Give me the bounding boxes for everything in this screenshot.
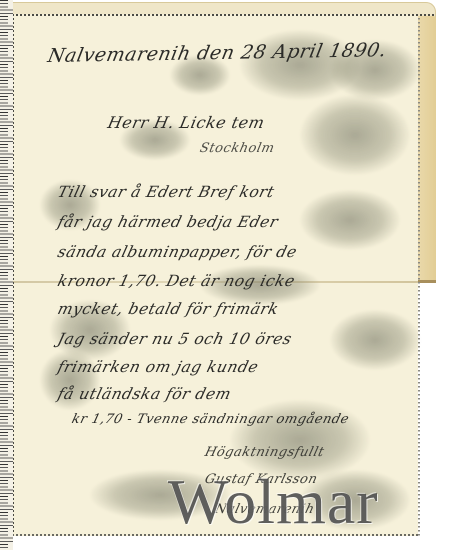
perforation-top — [12, 14, 436, 16]
water-stain — [300, 190, 400, 250]
perforation-right — [418, 18, 420, 538]
letter-addressee-city: Stockholm — [198, 141, 276, 156]
water-stain — [300, 95, 410, 175]
letter-body-line: få utländska för dem — [56, 385, 233, 403]
letter-closing: Högaktningsfullt — [203, 445, 326, 460]
letter-body-line: Till svar å Edert Bref kort — [56, 183, 277, 201]
ruler-tick-length-mask — [8, 0, 13, 550]
letter-addressee: Herr H. Licke tem — [106, 113, 266, 132]
letter-body-line: får jag härmed bedja Eder — [56, 213, 280, 231]
letter-body-line: sända albuminpapper, för de — [56, 243, 299, 261]
letter-body-line: mycket, betald för frimärk — [56, 300, 281, 318]
watermark-text: Wolmar — [168, 470, 379, 534]
fold-shadow — [418, 280, 436, 283]
letter-body-line: kronor 1,70. Det är nog icke — [56, 272, 297, 290]
flap-edge — [418, 16, 436, 282]
letter-body-line: Jag sänder nu 5 och 10 öres — [56, 330, 294, 348]
letter-body-line: kr 1,70 - Tvenne sändningar omgående — [70, 412, 351, 427]
letter-body-line: frimärken om jag kunde — [56, 358, 261, 376]
water-stain — [330, 310, 420, 370]
measurement-ruler — [0, 0, 13, 550]
